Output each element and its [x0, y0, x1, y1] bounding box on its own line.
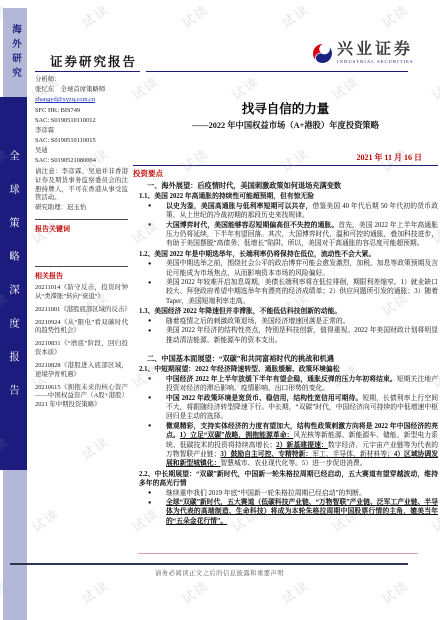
analyst-email-link[interactable]: zhangyd@xyzq.com.cn: [35, 96, 128, 105]
watermark-text: 试读: [377, 575, 412, 608]
summary-bullet: ●随着疫情之后的刺激政策退场，美国经济增速回落是正常的。: [133, 317, 438, 326]
related-report-item: 20210615《拥抱未来的核心资产——中国权益资产（A股+港股）2021 年中…: [35, 384, 128, 410]
keywords-label: 报告关键词: [35, 225, 128, 234]
brand-text: 兴业证券 INDUSTRIAL SECURITIES: [337, 42, 414, 65]
license-notice: 请注意：李彦霖、吴迪并非香港证券及期货事务监察委员会的注册持牌人，不可在香港从事…: [35, 168, 128, 202]
summary-heading: 1.2、美国 2022 年是中期选举年，长端利率仍将保持在低位，流动性不会大紧。: [133, 250, 438, 259]
watermark-text: 试读: [277, 575, 312, 608]
summary-heading: 2.2、中长期展望：“双碳”新时代，中国新一轮朱格拉周期已经启动，五大赛道有望穿…: [133, 470, 438, 489]
sidebar-bottom-band: [3, 470, 27, 620]
related-report-item: 20211001《港股底部区域的反击》: [35, 306, 128, 315]
summary-rule: [133, 165, 438, 166]
bullet-icon: ●: [148, 422, 151, 431]
watermark-text: 试读: [277, 0, 312, 32]
summary-bullet: ●以史为鉴，美国高通胀与低利率短期可以共存，借鉴美国 40 年代后期 50 年代…: [133, 202, 438, 221]
summary-label: 投资要点: [133, 168, 438, 179]
report-date: 2021 年 11 月 16 日: [133, 152, 438, 163]
analyst-sac-license-2: SAC: S0190510110015: [35, 137, 128, 146]
bottom-accent-line: [138, 553, 418, 554]
bullet-icon: ●: [148, 221, 151, 230]
summary-bullet: ●美国 2022 年较难开启加息周期，美债长端利率将在低位徘徊，期限利差缩窄。1…: [133, 278, 438, 306]
related-report-item: 20210831《“磨底”阶段，回归投资本质》: [35, 340, 128, 357]
watermark-text: 试读: [77, 575, 112, 608]
summary-bullet: ●美国中期选举之前，围绕社会公平的政治博弈可能会愈发激烈，加税、加息等政策预期及…: [133, 259, 438, 278]
related-reports-list: 20211014《防守反击，投资时钟从“类滞胀”转向“衰退”》20211001《…: [35, 284, 128, 410]
summary-bullet: ●大国博弈时代，美国能够容忍短期偏高但不失控的通胀。首先，美国 2022 年上半…: [133, 221, 438, 249]
bullet-icon: ●: [148, 375, 151, 384]
related-report-item: 20210924《从“限电”看双碳时代的趋势性机会》: [35, 319, 128, 336]
summary-heading: 一、海外展望：后疫情时代，美国刺激政策如何退场充满变数: [133, 182, 438, 191]
summary-bullet: ●微观精彩，支持实体经济的力度有望加大，结构性政策刺激方向将是 2022 年中国…: [133, 422, 438, 469]
bullet-icon: ●: [148, 279, 151, 288]
brand-logo: 兴业证券 INDUSTRIAL SECURITIES: [312, 42, 414, 65]
summary-bullet: ●全球“双碳”新时代，五大赛道（低碳科技产业链、“万物智联”产业链、泛军工产业链…: [133, 498, 438, 526]
summary-body: 一、海外展望：后疫情时代，美国刺激政策如何退场充满变数1.1、美国 2022 年…: [133, 182, 438, 526]
brand-name: 兴业证券: [337, 42, 414, 58]
analyst-label: 分析师：: [35, 76, 128, 85]
report-type-label: 证券研究报告: [50, 52, 137, 70]
analyst-lead: 张忆东 全球首席策略师: [35, 86, 128, 95]
summary-heading: 1.1、美国 2022 年高通胀的持续性可能超预期，但有惊无险: [133, 192, 438, 201]
watermark-text: 试读: [77, 0, 112, 32]
left-column: 分析师： 张忆东 全球首席策略师 zhangyd@xyzq.com.cn SFC…: [35, 76, 128, 414]
bullet-icon: ●: [148, 394, 151, 403]
summary-heading: 1.3、美国经济 2022 年降速但并非滞胀，不能低估科技创新的动能。: [133, 307, 438, 316]
main-column: 找寻自信的力量 ——2022 年中国权益市场（A+港股）年度投资策略 2021 …: [133, 99, 438, 526]
left-column-divider: [35, 219, 128, 220]
analyst-sac-license-3: SAC: S0190521080004: [35, 157, 128, 166]
bullet-icon: ●: [148, 260, 151, 269]
bullet-icon: ●: [148, 202, 151, 211]
brand-subtitle: INDUSTRIAL SECURITIES: [337, 60, 414, 65]
summary-bullet: ●中国经济 2022 年上半年放缓下半年有望企稳，通胀反弹的压力年初将结束。短期…: [133, 375, 438, 394]
related-report-item: 20210828《港股进入底部区域，逆境孕育机遇》: [35, 362, 128, 379]
summary-heading: 二、中国基本面展望：“双碳”和共同富裕时代的挑战和机遇: [133, 355, 438, 364]
analyst-name-2: 李彦霖: [35, 127, 128, 136]
bullet-icon: ●: [148, 499, 151, 508]
header-rule-left: [35, 71, 140, 72]
summary-bullet: ●继续重申我们 2019 年底“中国新一轮朱格拉周期已经启动”的判断。: [133, 489, 438, 498]
summary-bullet: ●中国 2022 年政策环境是宽货币、稳信用，结构性宽信用可期待。短期，长债利率…: [133, 394, 438, 422]
brand-logo-icon: [312, 43, 333, 64]
research-assistant: 研究助理：迟玉怡: [35, 204, 128, 213]
left-column-divider: [35, 266, 128, 267]
summary-gap: [133, 345, 438, 353]
analyst-sfc-license: SFC HK: BIS749: [35, 107, 128, 116]
related-reports-label: 相关报告: [35, 272, 128, 281]
keywords-empty-space: [35, 236, 128, 260]
header-rule-right: [146, 71, 408, 72]
sidebar-series-label: 全球策略深度报告: [0, 97, 27, 470]
analyst-name-3: 吴迪: [35, 147, 128, 156]
summary-bullet: ●美国 2022 年经济的结构性亮点，特别是科技创新，值得重视。2022 年美国…: [133, 326, 438, 345]
report-page: 试读试读试读试读试读试读试读试读试读试读试读试读试读试读试读试读试读试读试读试读…: [0, 0, 440, 620]
sidebar-category-label: 海外研究: [3, 8, 27, 97]
summary-heading: 2.1、中短期展望：2022 年经济降速转型、通胀缓解、政策环境偏松: [133, 365, 438, 374]
watermark-text: 试读: [27, 503, 62, 536]
footer-disclaimer: 请务必阅读正文之后的信息披露和重要声明: [155, 568, 284, 577]
watermark-text: 试读: [177, 0, 212, 32]
bullet-icon: ●: [148, 327, 151, 336]
watermark-text: 试读: [177, 575, 212, 608]
report-title: 找寻自信的力量: [133, 99, 438, 117]
related-report-item: 20211014《防守反击，投资时钟从“类滞胀”转向“衰退”》: [35, 284, 128, 301]
report-subtitle: ——2022 年中国权益市场（A+港股）年度投资策略: [133, 119, 438, 131]
analyst-sac-license-1: SAC: S0190510110012: [35, 117, 128, 126]
footer-rule: [10, 563, 408, 565]
watermark-text: 试读: [77, 431, 112, 464]
watermark-text: 试读: [377, 0, 412, 32]
